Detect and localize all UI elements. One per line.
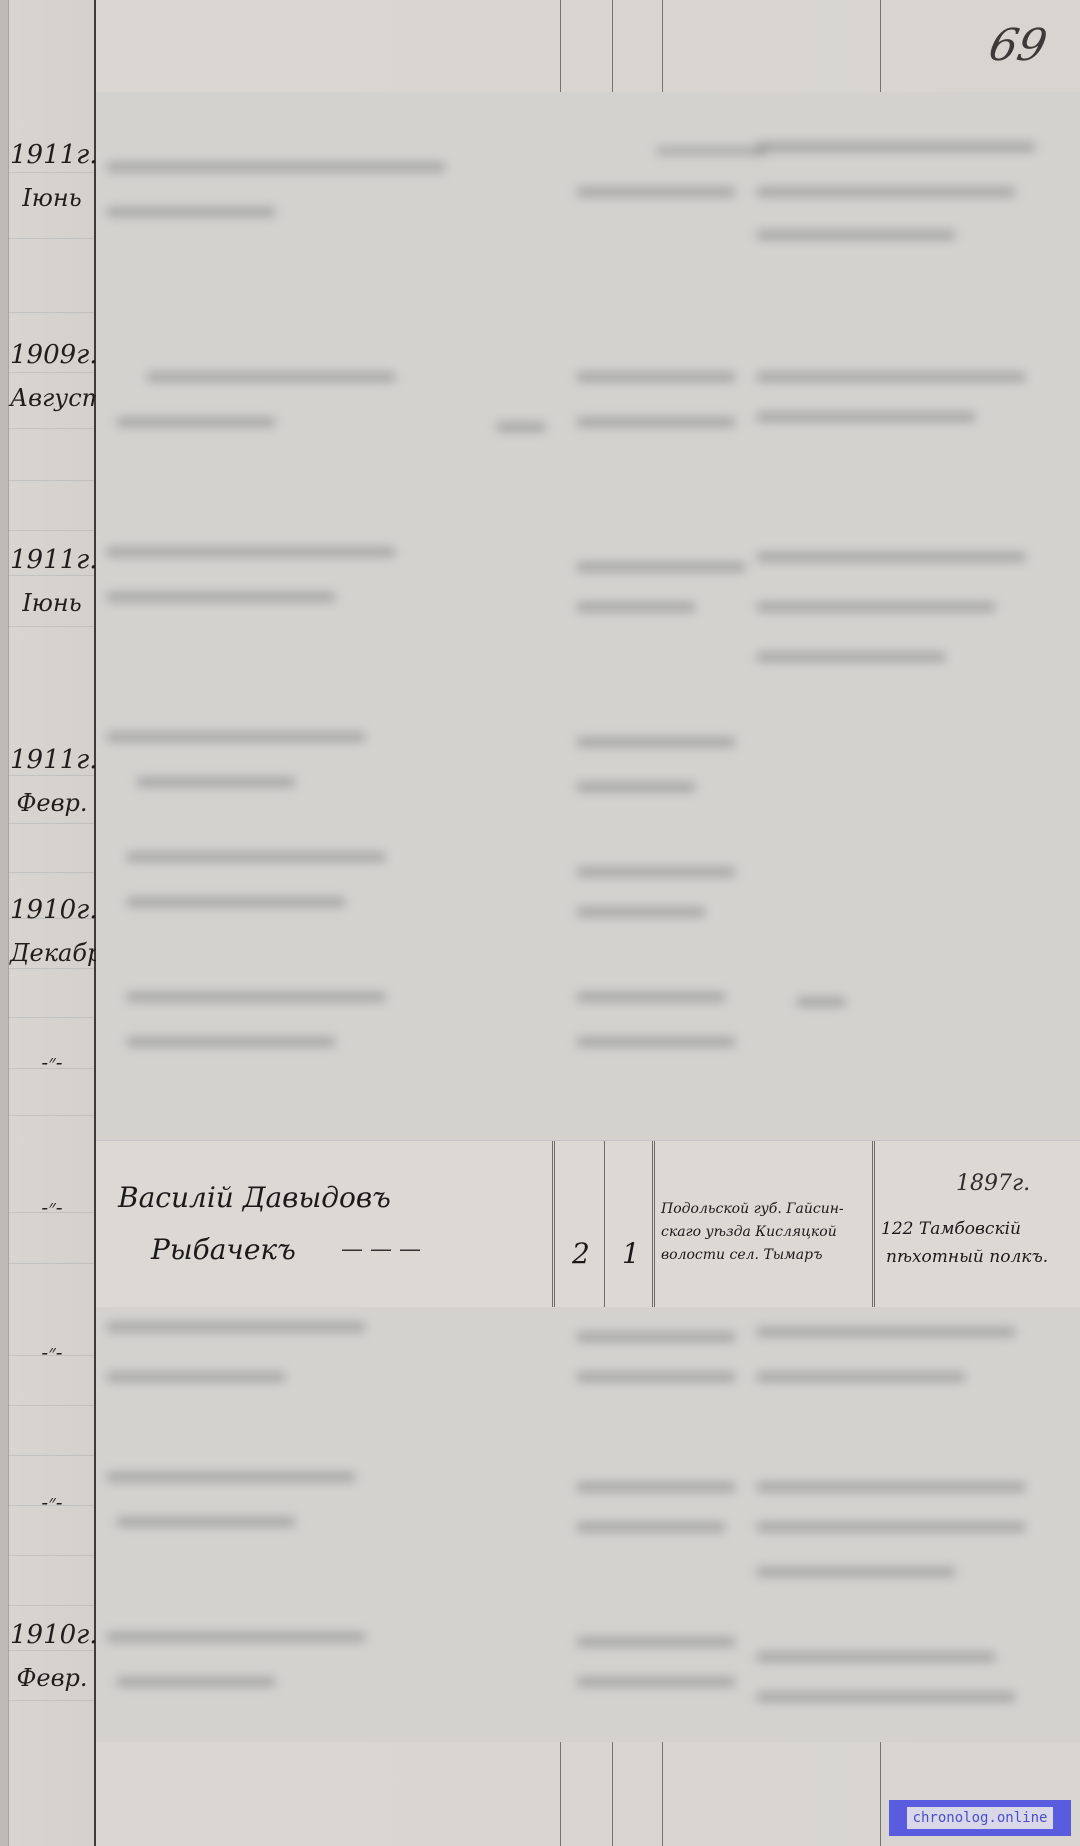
date-month: Іюнь (10, 589, 94, 617)
column-a-value: 2 (572, 1237, 590, 1270)
service-line-1: 122 Тамбовскій (881, 1219, 1021, 1239)
entry-date-ditto: -״- (10, 1050, 94, 1075)
dash-fill: — — — (341, 1237, 421, 1262)
binding-edge (0, 0, 9, 1846)
service-year: 1897г. (956, 1171, 1030, 1196)
date-month: Іюнь (10, 184, 94, 212)
origin-line-2: скаго уѣзда Кисляцкой (661, 1224, 837, 1240)
origin-line-3: волости сел. Тымаръ (661, 1247, 822, 1263)
blurred-entries (96, 92, 1080, 1742)
date-month: Декабр. (10, 939, 94, 967)
date-year: 1910г. (10, 895, 94, 925)
page-number: 69 (985, 20, 1052, 71)
date-month: Августъ (10, 384, 94, 412)
watermark-badge: chronolog.online (889, 1800, 1071, 1836)
entry-date: 1909г. Августъ (10, 340, 94, 412)
register-entry-visible: Василій Давыдовъ Рыбачекъ — — — 2 1 Подо… (96, 1140, 1080, 1307)
entry-date: 1911г. Іюнь (10, 140, 94, 212)
column-b-value: 1 (622, 1237, 640, 1270)
entry-date: 1910г. Декабр. (10, 895, 94, 967)
entry-date-ditto: -״- (10, 1195, 94, 1220)
register-page: 69 1911г. Іюнь 1909г. Августъ 1911г. Іюн… (0, 0, 1080, 1846)
entry-date: 1911г. Іюнь (10, 545, 94, 617)
entry-date: 1910г. Февр. (10, 1620, 94, 1692)
date-year: 1911г. (10, 545, 94, 575)
person-name: Василій Давыдовъ (118, 1181, 391, 1214)
origin-line-1: Подольской губ. Гайсин- (661, 1201, 844, 1217)
watermark-text: chronolog.online (907, 1807, 1054, 1829)
entry-date: 1911г. Февр. (10, 745, 94, 817)
date-month: Февр. (10, 1664, 94, 1692)
date-year: 1909г. (10, 340, 94, 370)
person-surname: Рыбачекъ (151, 1233, 296, 1266)
date-year: 1911г. (10, 140, 94, 170)
date-month: Февр. (10, 789, 94, 817)
date-year: 1910г. (10, 1620, 94, 1650)
date-year: 1911г. (10, 745, 94, 775)
entry-date-ditto: -״- (10, 1490, 94, 1515)
entry-date-ditto: -״- (10, 1340, 94, 1365)
service-line-2: пѣхотный полкъ. (886, 1247, 1048, 1267)
